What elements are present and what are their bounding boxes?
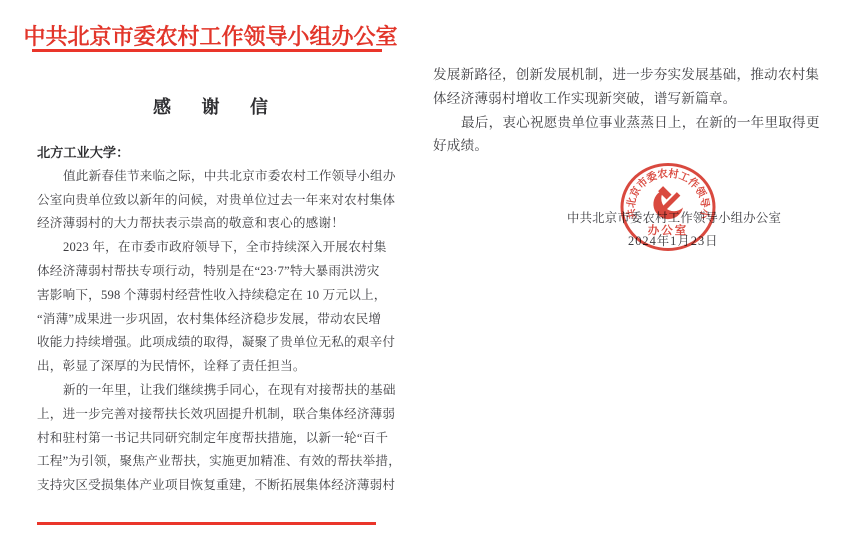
body-line: 发展新路径，创新发展机制，进一步夯实发展基础，推动农村集 [433,63,831,87]
letter-body-page-1: 北方工业大学： 值此新春佳节来临之际，中共北京市委农村工作领导小组办公室向贵单位… [37,141,383,498]
body-line: 体经济薄弱村帮扶专项行动，特别是在“23·7”特大暴雨洪涝灾 [37,260,383,284]
letterhead-org-name: 中共北京市委农村工作领导小组办公室 [0,20,421,51]
hammer-and-sickle-icon [653,186,683,219]
letter-scan: 中共北京市委农村工作领导小组办公室 感 谢 信 北方工业大学： 值此新春佳节来临… [0,0,842,545]
official-red-seal: 中共北京市委农村工作领导小组 办公室 [617,160,719,254]
body-line: 工程”为引领，聚焦产业帮扶，实施更加精准、有效的帮扶举措， [37,450,383,474]
letter-page-2: 发展新路径，创新发展机制，进一步夯实发展基础，推动农村集体经济薄弱村增收工作实现… [421,0,842,545]
body-line: 支持灾区受损集体产业项目恢复重建，不断拓展集体经济薄弱村 [37,474,383,498]
body-lines-page-1: 值此新春佳节来临之际，中共北京市委农村工作领导小组办公室向贵单位致以新年的问候，… [37,165,383,498]
letter-page-1: 中共北京市委农村工作领导小组办公室 感 谢 信 北方工业大学： 值此新春佳节来临… [0,0,421,545]
letter-body-page-2: 发展新路径，创新发展机制，进一步夯实发展基础，推动农村集体经济薄弱村增收工作实现… [433,63,831,158]
body-line: 经济薄弱村的大力帮扶表示崇高的敬意和衷心的感谢！ [37,212,383,236]
letter-title: 感 谢 信 [0,93,421,119]
body-lines-page-2: 发展新路径，创新发展机制，进一步夯实发展基础，推动农村集体经济薄弱村增收工作实现… [433,63,831,158]
body-line: 体经济薄弱村增收工作实现新突破，谱写新篇章。 [433,87,831,111]
body-line: 收能力持续增强。此项成绩的取得，凝聚了贵单位无私的艰辛付 [37,331,383,355]
letterhead-rule [32,49,382,52]
body-line: “消薄”成果进一步巩固，农村集体经济稳步发展，带动农民增 [37,308,383,332]
body-line: 公室向贵单位致以新年的问候，对贵单位过去一年来对农村集体 [37,189,383,213]
addressee-line: 北方工业大学： [37,141,383,165]
body-line: 2023 年，在市委市政府领导下，全市持续深入开展农村集 [37,236,383,260]
body-line: 好成绩。 [433,134,831,158]
footer-rule [37,522,376,525]
body-line: 出，彰显了深厚的为民情怀，诠释了责任担当。 [37,355,383,379]
body-line: 上，进一步完善对接帮扶长效巩固提升机制，联合集体经济薄弱 [37,403,383,427]
seal-bottom-text: 办公室 [648,223,689,237]
body-line: 村和驻村第一书记共同研究制定年度帮扶措施，以新一轮“百千 [37,427,383,451]
body-line: 新的一年里，让我们继续携手同心，在现有对接帮扶的基础 [37,379,383,403]
body-line: 害影响下，598 个薄弱村经营性收入持续稳定在 10 万元以上， [37,284,383,308]
body-line: 最后，衷心祝愿贵单位事业蒸蒸日上，在新的一年里取得更 [433,111,831,135]
body-line: 值此新春佳节来临之际，中共北京市委农村工作领导小组办 [37,165,383,189]
